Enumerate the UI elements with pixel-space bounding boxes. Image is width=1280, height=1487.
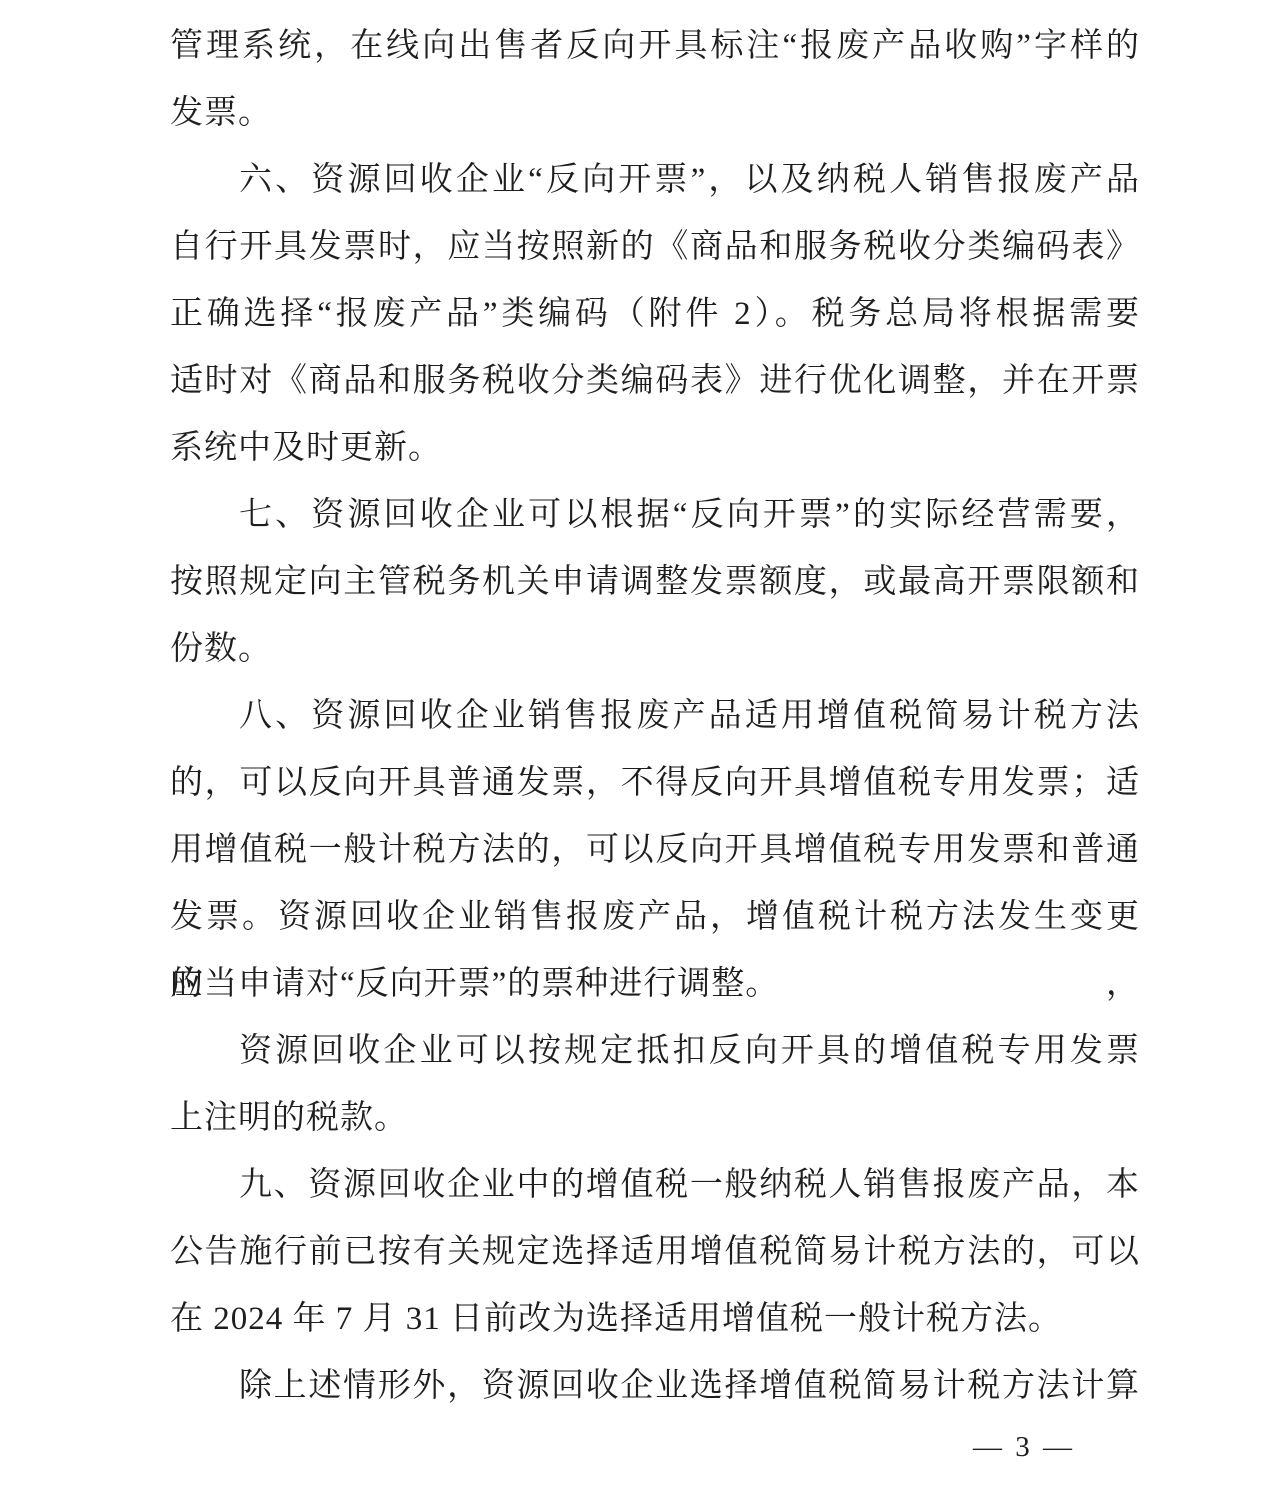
text-line: 用增值税一般计税方法的，可以反向开具增值税专用发票和普通 <box>170 817 1140 884</box>
document-text: 管理系统，在线向出售者反向开具标注“报废产品收购”字样的 发票。 六、资源回收企… <box>170 13 1140 1420</box>
text-line: 适时对《商品和服务税收分类编码表》进行优化调整，并在开票 <box>170 348 1140 415</box>
page-number: — 3 — <box>973 1430 1075 1464</box>
text-line: 按照规定向主管税务机关申请调整发票额度，或最高开票限额和 <box>170 549 1140 616</box>
text-line: 的，可以反向开具普通发票，不得反向开具增值税专用发票；适 <box>170 750 1140 817</box>
text-line: 正确选择“报废产品”类编码（附件 2）。税务总局将根据需要 <box>170 281 1140 348</box>
text-line: 自行开具发票时，应当按照新的《商品和服务税收分类编码表》 <box>170 214 1140 281</box>
text-line: 上注明的税款。 <box>170 1085 1140 1152</box>
text-line: 系统中及时更新。 <box>170 415 1140 482</box>
text-line: 七、资源回收企业可以根据“反向开票”的实际经营需要， <box>170 482 1140 549</box>
text-line: 在 2024 年 7 月 31 日前改为选择适用增值税一般计税方法。 <box>170 1286 1140 1353</box>
text-line: 九、资源回收企业中的增值税一般纳税人销售报废产品，本 <box>170 1152 1140 1219</box>
text-line: 资源回收企业可以按规定抵扣反向开具的增值税专用发票 <box>170 1018 1140 1085</box>
text-line: 公告施行前已按有关规定选择适用增值税简易计税方法的，可以 <box>170 1219 1140 1286</box>
text-line: 六、资源回收企业“反向开票”，以及纳税人销售报废产品 <box>170 147 1140 214</box>
document-page: 管理系统，在线向出售者反向开具标注“报废产品收购”字样的 发票。 六、资源回收企… <box>0 0 1280 1487</box>
text-line: 除上述情形外，资源回收企业选择增值税简易计税方法计算 <box>170 1353 1140 1420</box>
text-line: 发票。 <box>170 80 1140 147</box>
text-line: 八、资源回收企业销售报废产品适用增值税简易计税方法 <box>170 683 1140 750</box>
text-line: 份数。 <box>170 616 1140 683</box>
text-line: 发票。资源回收企业销售报废产品，增值税计税方法发生变更的， <box>170 884 1140 951</box>
text-line: 管理系统，在线向出售者反向开具标注“报废产品收购”字样的 <box>170 13 1140 80</box>
